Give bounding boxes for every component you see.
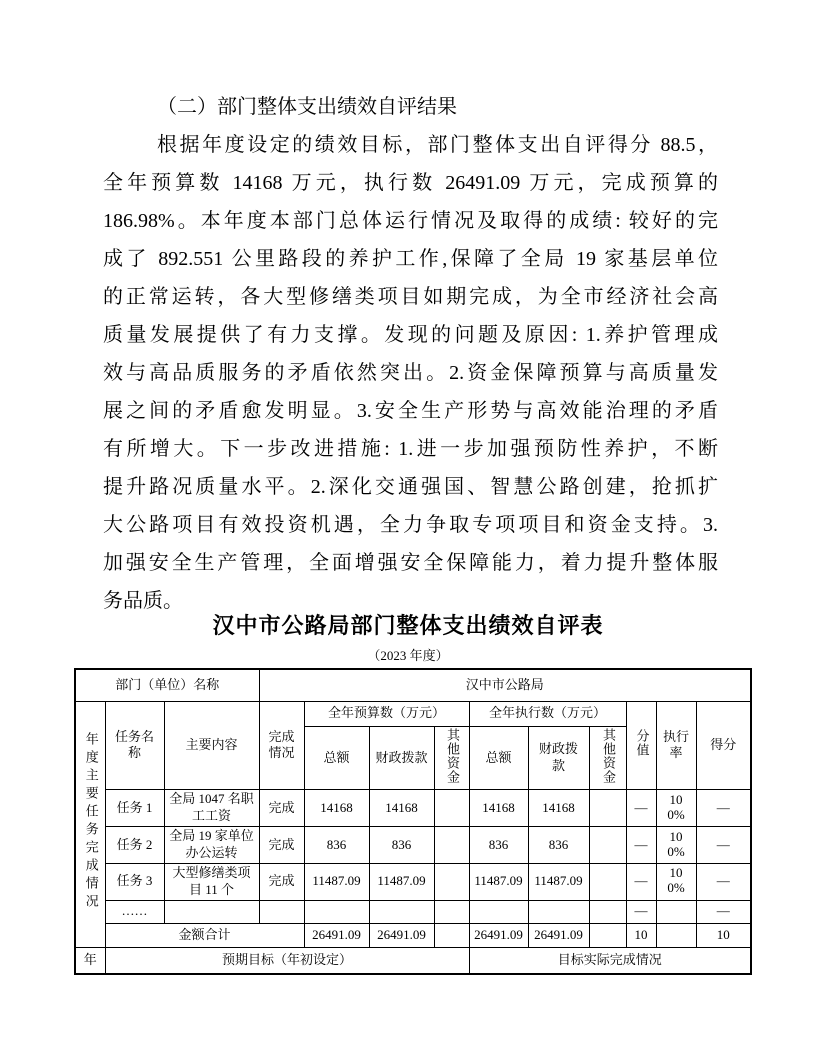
header-task-name: 任务名称	[105, 701, 164, 790]
budget-other-cell	[434, 900, 469, 923]
score-cell: —	[696, 827, 751, 864]
header-budget-fiscal: 财政拨款	[369, 726, 434, 790]
rate-cell	[656, 923, 696, 947]
status-cell: 完成	[259, 863, 304, 900]
budget-other-cell	[434, 923, 469, 947]
exec-total-cell: 11487.09	[469, 863, 528, 900]
content-cell: 全局 1047 名职工工资	[164, 790, 259, 827]
header-exec-rate: 执行率	[656, 701, 696, 790]
header-points: 分值	[626, 701, 656, 790]
actual-goal-cell: 目标实际完成情况	[469, 947, 751, 974]
exec-fiscal-cell: 11487.09	[528, 863, 589, 900]
rate-cell: 100%	[656, 827, 696, 864]
exec-total-cell: 836	[469, 827, 528, 864]
header-budget-other: 其他资金	[434, 726, 469, 790]
task-cell: 任务 2	[105, 827, 164, 864]
header-exec-fiscal: 财政拨款	[528, 726, 589, 790]
section-label-cell: 年度主要任务完成情况	[75, 701, 105, 947]
status-cell: 完成	[259, 827, 304, 864]
task-cell: 任务 3	[105, 863, 164, 900]
expected-goal-cell: 预期目标（年初设定）	[105, 947, 469, 974]
header-exec-other: 其他资金	[589, 726, 626, 790]
budget-fiscal-cell	[369, 900, 434, 923]
budget-total-cell	[304, 900, 369, 923]
task-cell: 任务 1	[105, 790, 164, 827]
content-cell	[164, 900, 259, 923]
budget-fiscal-cell: 14168	[369, 790, 434, 827]
paragraph-line: 186.98%。本年度本部门总体运行情况及取得的成绩: 较好的完	[103, 202, 718, 240]
rate-cell	[656, 900, 696, 923]
self-evaluation-table: 部门（单位）名称 汉中市公路局 年度主要任务完成情况 任务名称 主要内容 完成情…	[74, 668, 752, 975]
budget-other-cell	[434, 790, 469, 827]
points-cell: —	[626, 863, 656, 900]
table-row: 任务 3 大型修缮类项目 11 个 完成 11487.09 11487.09 1…	[75, 863, 751, 900]
budget-fiscal-cell: 11487.09	[369, 863, 434, 900]
paragraph-line: 的正常运转，各大型修缮类项目如期完成，为全市经济社会高	[103, 278, 718, 316]
status-cell: 完成	[259, 790, 304, 827]
total-label-cell: 金额合计	[105, 923, 304, 947]
budget-total-cell: 14168	[304, 790, 369, 827]
points-cell: 10	[626, 923, 656, 947]
header-completion: 完成情况	[259, 701, 304, 790]
budget-other-cell	[434, 863, 469, 900]
dept-row: 部门（单位）名称 汉中市公路局	[75, 669, 751, 701]
budget-fiscal-cell: 836	[369, 827, 434, 864]
score-cell: 10	[696, 923, 751, 947]
points-cell: —	[626, 900, 656, 923]
content-cell: 大型修缮类项目 11 个	[164, 863, 259, 900]
exec-other-cell	[589, 923, 626, 947]
task-cell: ……	[105, 900, 164, 923]
header-budget-total: 总额	[304, 726, 369, 790]
dept-value-cell: 汉中市公路局	[259, 669, 751, 701]
exec-fiscal-cell	[528, 900, 589, 923]
budget-total-cell: 26491.09	[304, 923, 369, 947]
points-cell: —	[626, 827, 656, 864]
score-cell: —	[696, 863, 751, 900]
exec-fiscal-cell: 836	[528, 827, 589, 864]
exec-other-cell	[589, 900, 626, 923]
paragraph-line: 加强安全生产管理，全面增强安全保障能力，着力提升整体服	[103, 544, 718, 582]
section-heading: （二）部门整体支出绩效自评结果	[103, 88, 718, 126]
exec-total-cell: 26491.09	[469, 923, 528, 947]
exec-other-cell	[589, 790, 626, 827]
table-row: 任务 2 全局 19 家单位办公运转 完成 836 836 836 836 — …	[75, 827, 751, 864]
body-text-block: （二）部门整体支出绩效自评结果 根据年度设定的绩效目标，部门整体支出自评得分 8…	[103, 88, 718, 620]
exec-total-cell	[469, 900, 528, 923]
paragraph-line: 成了 892.551 公里路段的养护工作,保障了全局 19 家基层单位	[103, 240, 718, 278]
budget-total-cell: 11487.09	[304, 863, 369, 900]
budget-fiscal-cell: 26491.09	[369, 923, 434, 947]
table-row: …… — —	[75, 900, 751, 923]
header-exec-total: 总额	[469, 726, 528, 790]
exec-fiscal-cell: 26491.09	[528, 923, 589, 947]
dept-label-cell: 部门（单位）名称	[75, 669, 259, 701]
paragraph-line: 有所增大。下一步改进措施: 1.进一步加强预防性养护，不断	[103, 430, 718, 468]
paragraph-line: 提升路况质量水平。2.深化交通强国、智慧公路创建，抢抓扩	[103, 468, 718, 506]
paragraph-line: 展之间的矛盾愈发明显。3.安全生产形势与高效能治理的矛盾	[103, 392, 718, 430]
exec-other-cell	[589, 863, 626, 900]
header-score: 得分	[696, 701, 751, 790]
content-cell: 全局 19 家单位办公运转	[164, 827, 259, 864]
paragraph-line: 效与高品质服务的矛盾依然突出。2.资金保障预算与高质量发	[103, 354, 718, 392]
goal-left-cell: 年	[75, 947, 105, 974]
score-cell: —	[696, 900, 751, 923]
points-cell: —	[626, 790, 656, 827]
exec-total-cell: 14168	[469, 790, 528, 827]
header-main-content: 主要内容	[164, 701, 259, 790]
header-row-groups: 年度主要任务完成情况 任务名称 主要内容 完成情况 全年预算数（万元） 全年执行…	[75, 701, 751, 726]
rate-cell: 100%	[656, 863, 696, 900]
table-row: 任务 1 全局 1047 名职工工资 完成 14168 14168 14168 …	[75, 790, 751, 827]
rate-cell: 100%	[656, 790, 696, 827]
score-cell: —	[696, 790, 751, 827]
header-exec-group: 全年执行数（万元）	[469, 701, 626, 726]
status-cell	[259, 900, 304, 923]
header-budget-group: 全年预算数（万元）	[304, 701, 469, 726]
total-row: 金额合计 26491.09 26491.09 26491.09 26491.09…	[75, 923, 751, 947]
budget-total-cell: 836	[304, 827, 369, 864]
paragraph-line: 全年预算数 14168 万元，执行数 26491.09 万元，完成预算的	[103, 164, 718, 202]
section-label: 年度主要任务完成情况	[82, 732, 99, 912]
paragraph-line: 质量发展提供了有力支撑。发现的问题及原因: 1.养护管理成	[103, 316, 718, 354]
paragraph-line: 大公路项目有效投资机遇，全力争取专项项目和资金支持。3.	[103, 506, 718, 544]
document-page: { "page": { "heading": "（二）部门整体支出绩效自评结果"…	[0, 0, 816, 1056]
budget-other-cell	[434, 827, 469, 864]
exec-other-cell	[589, 827, 626, 864]
paragraph-line: 根据年度设定的绩效目标，部门整体支出自评得分 88.5，	[103, 126, 718, 164]
table-title: 汉中市公路局部门整体支出绩效自评表	[0, 610, 816, 642]
goal-row: 年 预期目标（年初设定） 目标实际完成情况	[75, 947, 751, 974]
table-subtitle: （2023 年度）	[0, 648, 816, 664]
exec-fiscal-cell: 14168	[528, 790, 589, 827]
